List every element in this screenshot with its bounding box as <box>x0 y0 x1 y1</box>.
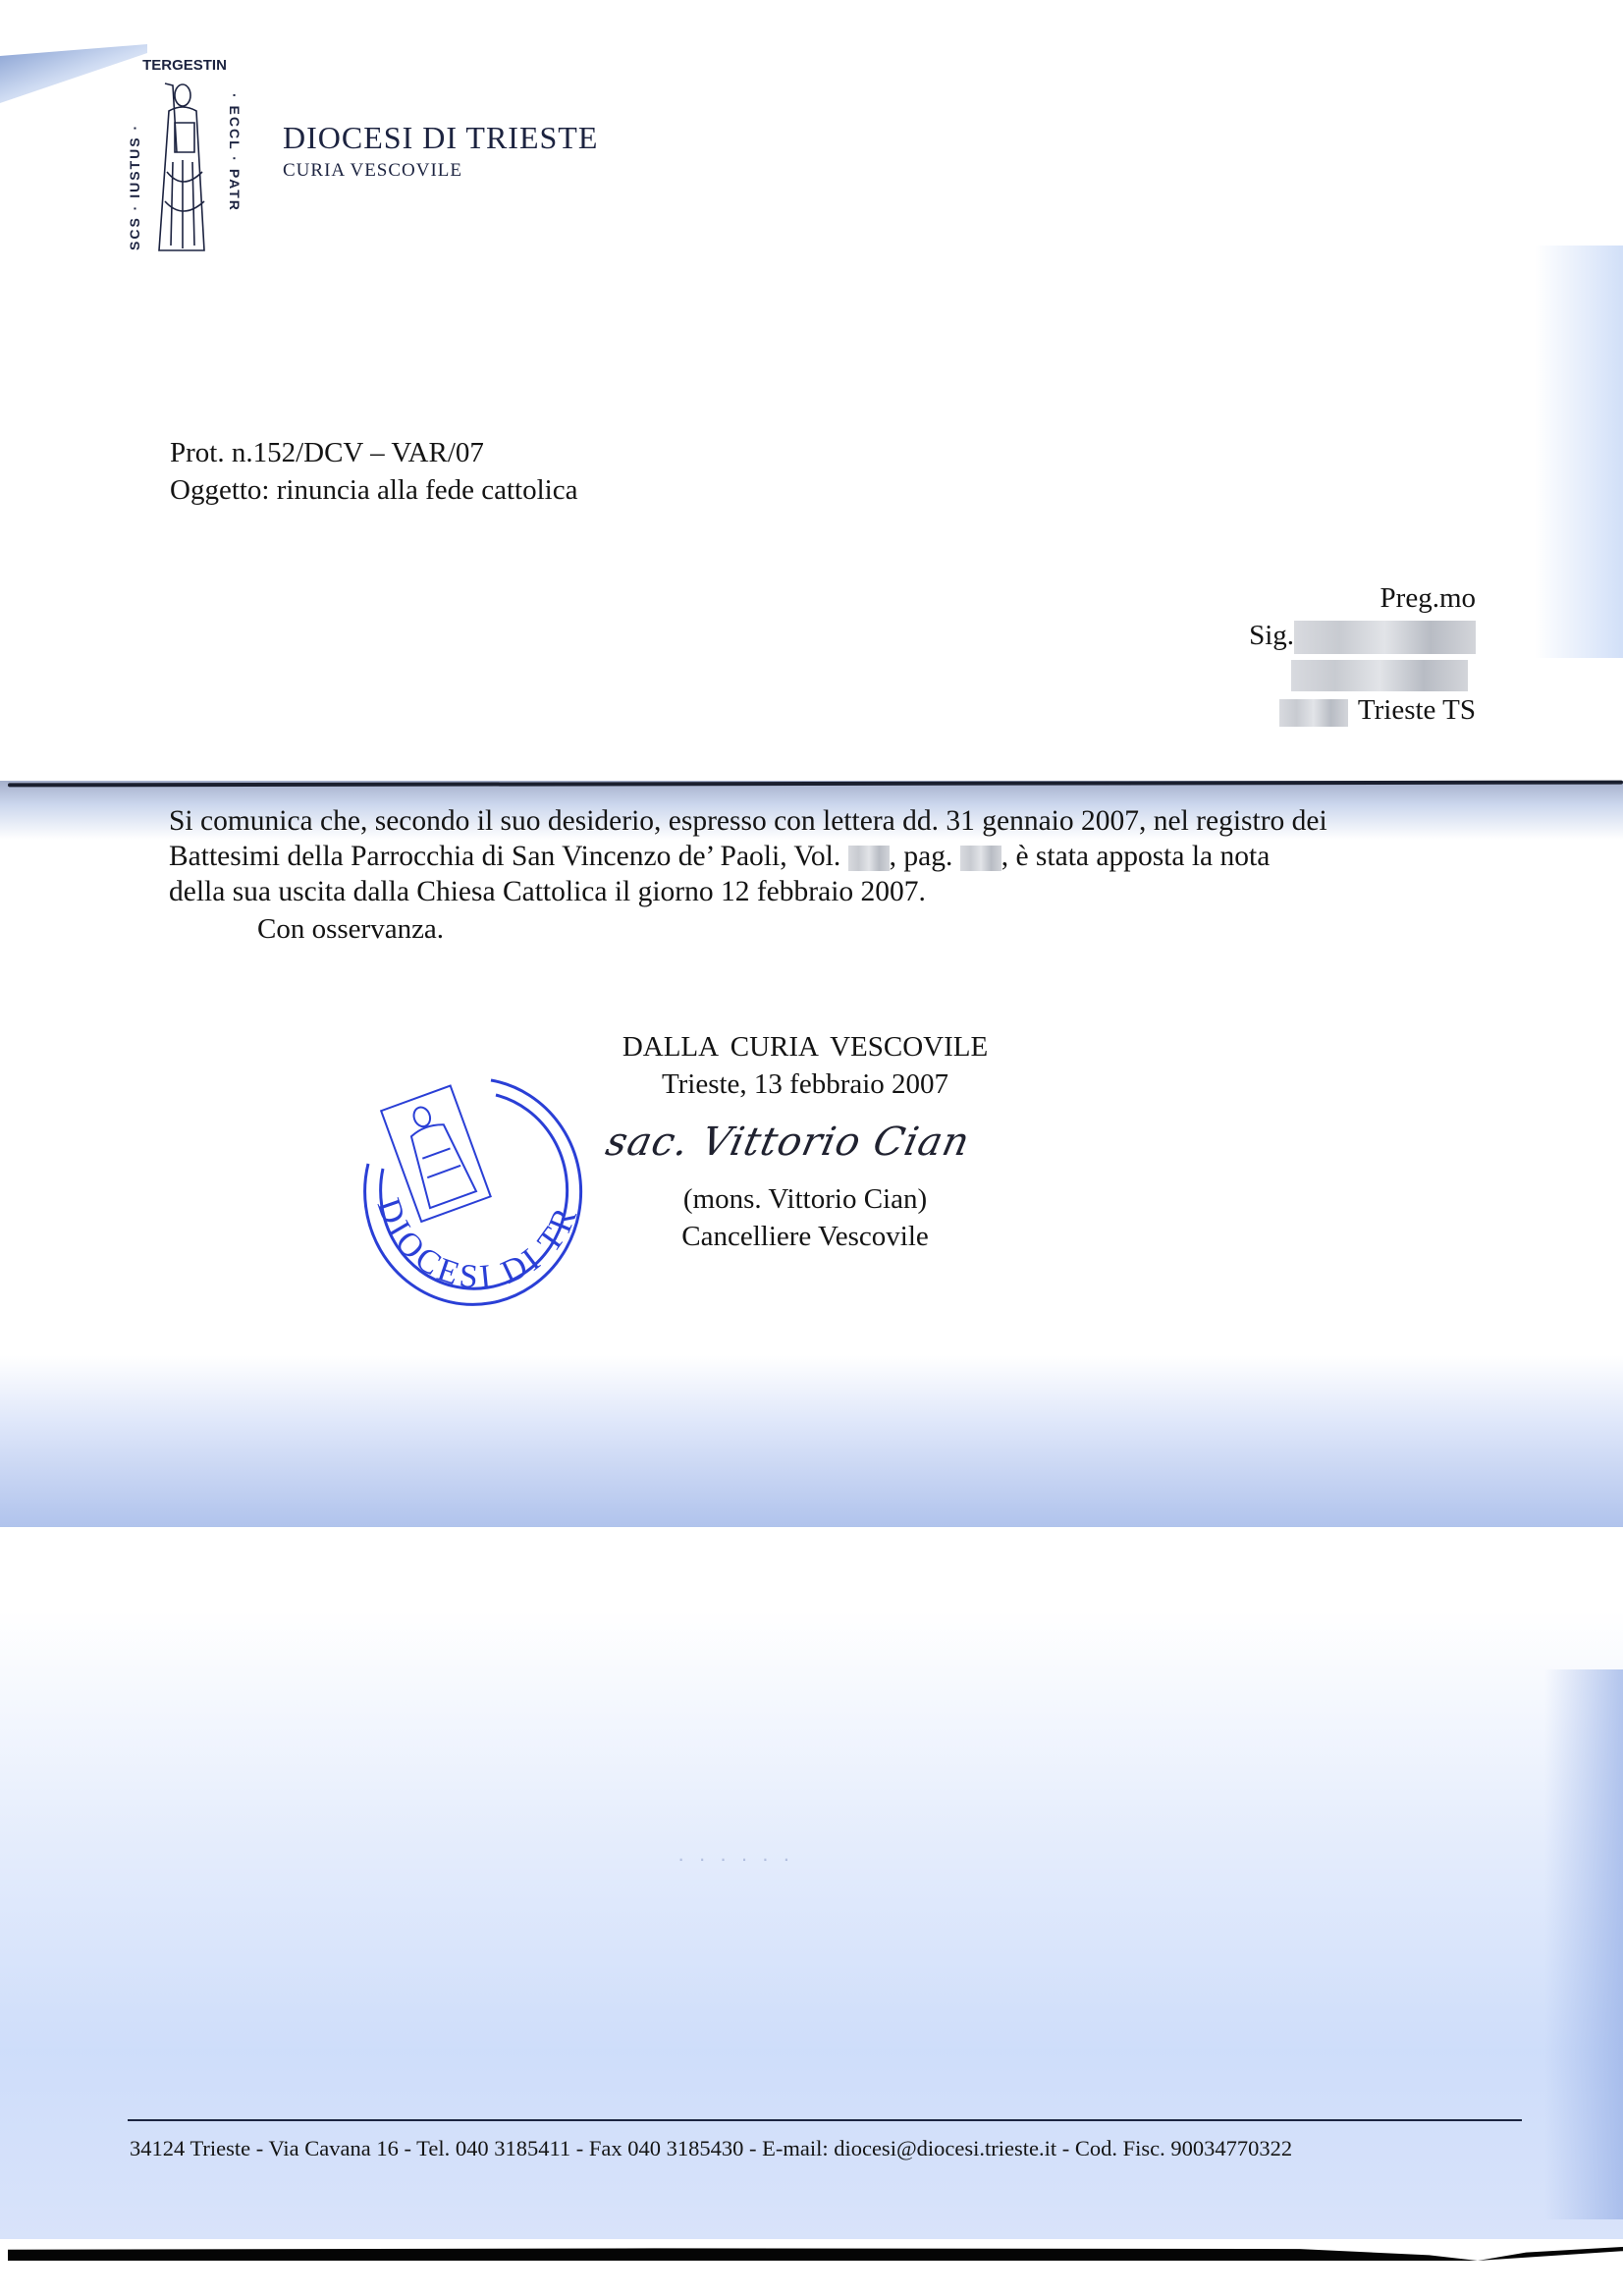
svg-text:DIOCESI DI TRIESTE: DIOCESI DI TRIESTE <box>349 1056 585 1296</box>
protocol-number: Prot. n.152/DCV – VAR/07 <box>170 434 577 471</box>
recipient-name-line: Sig. <box>1249 617 1476 654</box>
diocese-logo: TERGESTIN SCS · IUSTUS · · ECCL · PATR <box>126 54 243 265</box>
recipient-salutation: Preg.mo <box>1249 579 1476 617</box>
body-line-1: Si comunica che, secondo il suo desideri… <box>169 803 1475 839</box>
recipient-title: Sig. <box>1249 620 1294 651</box>
redacted-volume <box>848 846 890 871</box>
body-line-2: Battesimi della Parrocchia di San Vincen… <box>169 839 1475 874</box>
official-stamp: DIOCESI DI TRIESTE <box>349 1056 604 1321</box>
subject-line: Oggetto: rinuncia alla fede cattolica <box>170 471 577 509</box>
recipient-address: Preg.mo Sig. Trieste TS <box>1249 579 1476 729</box>
redacted-street <box>1291 660 1468 691</box>
body-line-3: della sua uscita dalla Chiesa Cattolica … <box>169 874 1475 909</box>
paper-bottom-edge <box>8 2247 1623 2261</box>
signature-header: DALLA CURIA VESCOVILE Trieste, 13 febbra… <box>550 1028 1060 1103</box>
place-date: Trieste, 13 febbraio 2007 <box>550 1066 1060 1103</box>
letter-body: Si comunica che, secondo il suo desideri… <box>169 803 1475 909</box>
paper-shadow-right-lower <box>1544 1669 1623 2219</box>
signatory-name: (mons. Vittorio Cian) <box>550 1180 1060 1218</box>
diocese-stamp-icon: DIOCESI DI TRIESTE <box>349 1056 604 1321</box>
recipient-street-line <box>1249 654 1476 691</box>
signatory-role: Cancelliere Vescovile <box>550 1218 1060 1255</box>
reference-block: Prot. n.152/DCV – VAR/07 Oggetto: rinunc… <box>170 434 577 509</box>
paper-fold-line <box>8 781 1623 788</box>
redacted-name <box>1294 621 1476 654</box>
closing-formula: Con osservanza. <box>257 913 444 946</box>
issuing-office: DALLA CURIA VESCOVILE <box>550 1028 1060 1066</box>
signatory-block: (mons. Vittorio Cian) Cancelliere Vescov… <box>550 1180 1060 1255</box>
organization-subtitle: CURIA VESCOVILE <box>283 160 462 182</box>
footer-divider <box>128 2119 1522 2121</box>
paper-shadow-right <box>1535 246 1623 658</box>
svg-text:· ECCL · PATR: · ECCL · PATR <box>227 93 243 212</box>
redacted-zip <box>1279 699 1348 727</box>
organization-name: DIOCESI DI TRIESTE <box>283 120 598 156</box>
paper-fold-shadow-middle <box>0 1355 1623 1527</box>
svg-text:TERGESTIN: TERGESTIN <box>142 57 227 74</box>
redacted-page <box>960 846 1001 871</box>
saint-figure-emblem-icon: TERGESTIN SCS · IUSTUS · · ECCL · PATR <box>126 54 243 265</box>
show-through-text: · · · · · · <box>677 1846 794 1872</box>
recipient-city: Trieste TS <box>1358 694 1476 726</box>
handwritten-signature: sac. Vittorio Cian <box>602 1120 974 1165</box>
svg-text:SCS · IUSTUS ·: SCS · IUSTUS · <box>127 124 142 250</box>
footer-contact: 34124 Trieste - Via Cavana 16 - Tel. 040… <box>130 2136 1524 2161</box>
recipient-city-line: Trieste TS <box>1249 691 1476 729</box>
